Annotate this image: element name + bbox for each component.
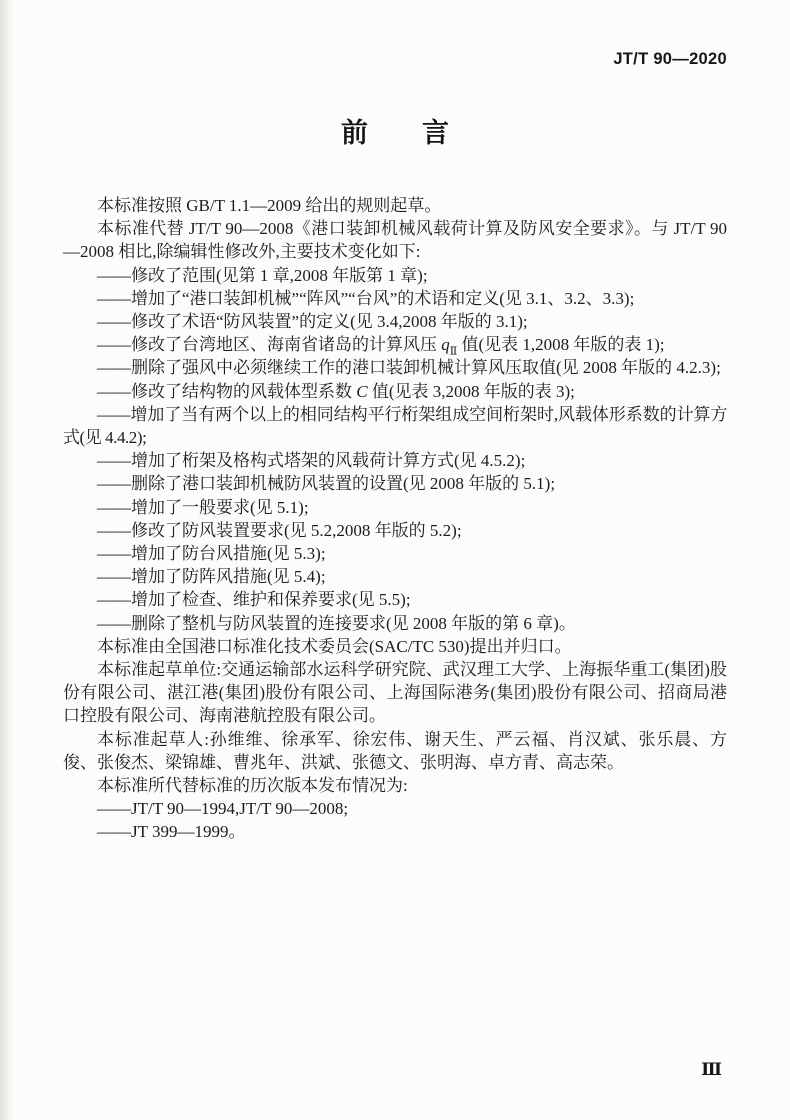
standard-code: JT/T 90—2020 bbox=[63, 0, 727, 69]
change-item-device-requirements: ——修改了防风装置要求(见 5.2,2008 年版的 5.2); bbox=[63, 519, 727, 542]
change-item-parallel-truss: ——增加了当有两个以上的相同结构平行桁架组成空间桁架时,风载体形系数的计算方式(… bbox=[63, 403, 727, 449]
paragraph-committee: 本标准由全国港口标准化技术委员会(SAC/TC 530)提出并归口。 bbox=[63, 635, 727, 658]
change-item-term-modified: ——修改了术语“防风装置”的定义(见 3.4,2008 年版的 3.1); bbox=[63, 310, 727, 333]
variable-q: q bbox=[441, 335, 450, 354]
change-item-truss-tower: ——增加了桁架及格构式塔架的风载荷计算方式(见 4.5.2); bbox=[63, 449, 727, 472]
change-item-inspection: ——增加了检查、维护和保养要求(见 5.5); bbox=[63, 588, 727, 611]
change-item-coefficient-c-post: 值(见表 3,2008 年版的表 3); bbox=[368, 382, 575, 401]
paragraph-rules-basis: 本标准按照 GB/T 1.1—2009 给出的规则起草。 bbox=[63, 194, 727, 217]
change-item-coefficient-c-pre: ——修改了结构物的风载体型系数 bbox=[97, 382, 356, 401]
change-item-wind-pressure-post: 值(见表 1,2008 年版的表 1); bbox=[457, 335, 664, 354]
change-item-device-setting-deleted: ——删除了港口装卸机械防风装置的设置(见 2008 年版的 5.1); bbox=[63, 472, 727, 495]
change-item-wind-pressure: ——修改了台湾地区、海南省诸岛的计算风压 qⅡ 值(见表 1,2008 年版的表… bbox=[63, 333, 727, 356]
change-item-terms-added: ——增加了“港口装卸机械”“阵风”“台风”的术语和定义(见 3.1、3.2、3.… bbox=[63, 287, 727, 310]
page-number: Ⅲ bbox=[701, 1060, 722, 1080]
paragraph-previous-editions-intro: 本标准所代替标准的历次版本发布情况为: bbox=[63, 774, 727, 797]
change-item-general-requirements: ——增加了一般要求(见 5.1); bbox=[63, 496, 727, 519]
change-item-coefficient-c: ——修改了结构物的风载体型系数 C 值(见表 3,2008 年版的表 3); bbox=[63, 380, 727, 403]
change-item-strong-wind-deleted: ——删除了强风中必须继续工作的港口装卸机械计算风压取值(见 2008 年版的 4… bbox=[63, 356, 727, 379]
variable-c: C bbox=[356, 382, 367, 401]
paragraph-replaces: 本标准代替 JT/T 90—2008《港口装卸机械风载荷计算及防风安全要求》。与… bbox=[63, 217, 727, 263]
change-item-gust-measures: ——增加了防阵风措施(见 5.4); bbox=[63, 565, 727, 588]
foreword-body: 本标准按照 GB/T 1.1—2009 给出的规则起草。 本标准代替 JT/T … bbox=[63, 194, 727, 844]
change-item-wind-pressure-pre: ——修改了台湾地区、海南省诸岛的计算风压 bbox=[97, 335, 441, 354]
change-item-connection-deleted: ——删除了整机与防风装置的连接要求(见 2008 年版的第 6 章)。 bbox=[63, 612, 727, 635]
foreword-title: 前言 bbox=[63, 111, 727, 150]
previous-edition-item-2: ——JT 399—1999。 bbox=[63, 820, 727, 843]
change-item-scope: ——修改了范围(见第 1 章,2008 年版第 1 章); bbox=[63, 264, 727, 287]
document-page: JT/T 90—2020 前言 本标准按照 GB/T 1.1—2009 给出的规… bbox=[0, 0, 790, 1120]
paragraph-drafters: 本标准起草人:孙维维、徐承军、徐宏伟、谢天生、严云福、肖汉斌、张乐晨、方俊、张俊… bbox=[63, 728, 727, 774]
paragraph-drafting-organizations: 本标准起草单位:交通运输部水运科学研究院、武汉理工大学、上海振华重工(集团)股份… bbox=[63, 658, 727, 728]
previous-edition-item-1: ——JT/T 90—1994,JT/T 90—2008; bbox=[63, 797, 727, 820]
change-item-typhoon-measures: ——增加了防台风措施(见 5.3); bbox=[63, 542, 727, 565]
